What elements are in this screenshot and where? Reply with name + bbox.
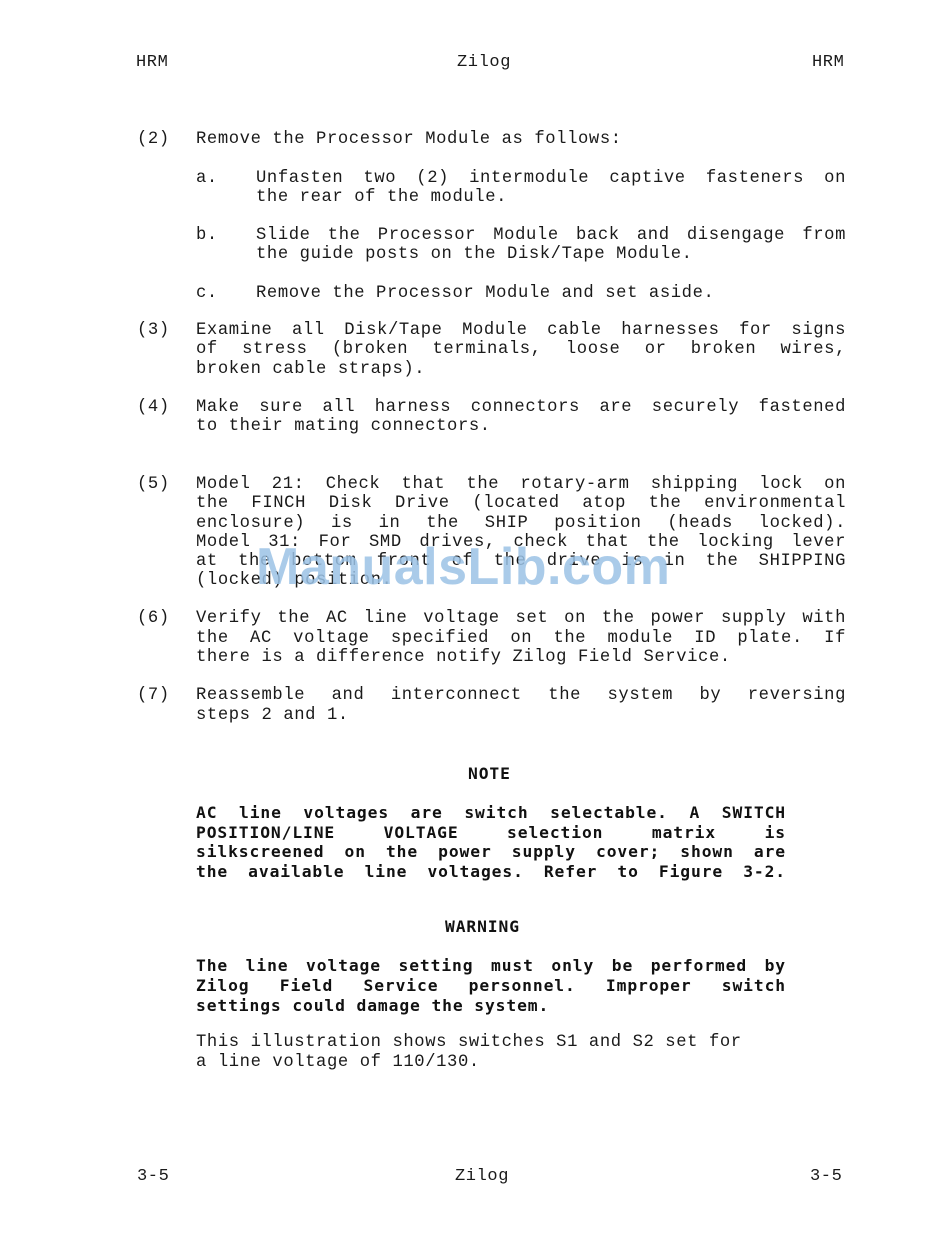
step-text: Make sure all harness connectors are sec…	[196, 398, 846, 418]
warning-title: WARNING	[445, 917, 520, 937]
note-text: POSITION/LINE VOLTAGE selection matrix i…	[196, 823, 786, 843]
step-text: of stress (broken terminals, loose or br…	[196, 340, 846, 360]
note-text: AC line voltages are switch selectable. …	[196, 803, 786, 823]
step-text: there is a difference notify Zilog Field…	[196, 648, 731, 668]
warning-text: Zilog Field Service personnel. Improper …	[196, 976, 786, 996]
step-number: (2)	[137, 130, 170, 150]
step-text: enclosure) is in the SHIP position (head…	[196, 514, 846, 534]
step-number: (4)	[137, 398, 170, 418]
step-text: the FINCH Disk Drive (located atop the e…	[196, 494, 846, 514]
warning-text: settings could damage the system.	[196, 996, 549, 1016]
step-text: Model 21: Check that the rotary-arm ship…	[196, 475, 846, 495]
header-center: Zilog	[457, 53, 511, 72]
warning-text: The line voltage setting must only be pe…	[196, 956, 786, 976]
substep-letter: b.	[196, 226, 218, 246]
step-text: steps 2 and 1.	[196, 706, 349, 726]
note-title: NOTE	[468, 764, 511, 784]
step-text: Verify the AC line voltage set on the po…	[196, 609, 846, 629]
substep-letter: c.	[196, 284, 218, 304]
caption-text: This illustration shows switches S1 and …	[196, 1033, 742, 1053]
note-text: silkscreened on the power supply cover; …	[196, 842, 786, 862]
footer-left: 3-5	[137, 1167, 169, 1186]
note-text: the available line voltages. Refer to Fi…	[196, 862, 786, 882]
caption-text: a line voltage of 110/130.	[196, 1053, 480, 1073]
step-text: Examine all Disk/Tape Module cable harne…	[196, 321, 846, 341]
step-text: Remove the Processor Module as follows:	[196, 130, 622, 150]
watermark: ManualsLib.com	[256, 537, 670, 597]
step-number: (6)	[137, 609, 170, 629]
footer-center: Zilog	[455, 1167, 509, 1186]
substep-text: Slide the Processor Module back and dise…	[256, 226, 846, 246]
footer-right: 3-5	[810, 1167, 842, 1186]
substep-text: the guide posts on the Disk/Tape Module.	[256, 245, 693, 265]
substep-text: Remove the Processor Module and set asid…	[256, 284, 714, 304]
substep-letter: a.	[196, 169, 218, 189]
substep-text: the rear of the module.	[256, 188, 507, 208]
step-text: broken cable straps).	[196, 360, 425, 380]
step-number: (3)	[137, 321, 170, 341]
step-text: Reassemble and interconnect the system b…	[196, 686, 846, 706]
step-text: the AC voltage specified on the module I…	[196, 629, 846, 649]
step-number: (7)	[137, 686, 170, 706]
step-number: (5)	[137, 475, 170, 495]
header-left: HRM	[136, 53, 168, 72]
step-text: to their mating connectors.	[196, 417, 491, 437]
header-right: HRM	[812, 53, 844, 72]
substep-text: Unfasten two (2) intermodule captive fas…	[256, 169, 846, 189]
